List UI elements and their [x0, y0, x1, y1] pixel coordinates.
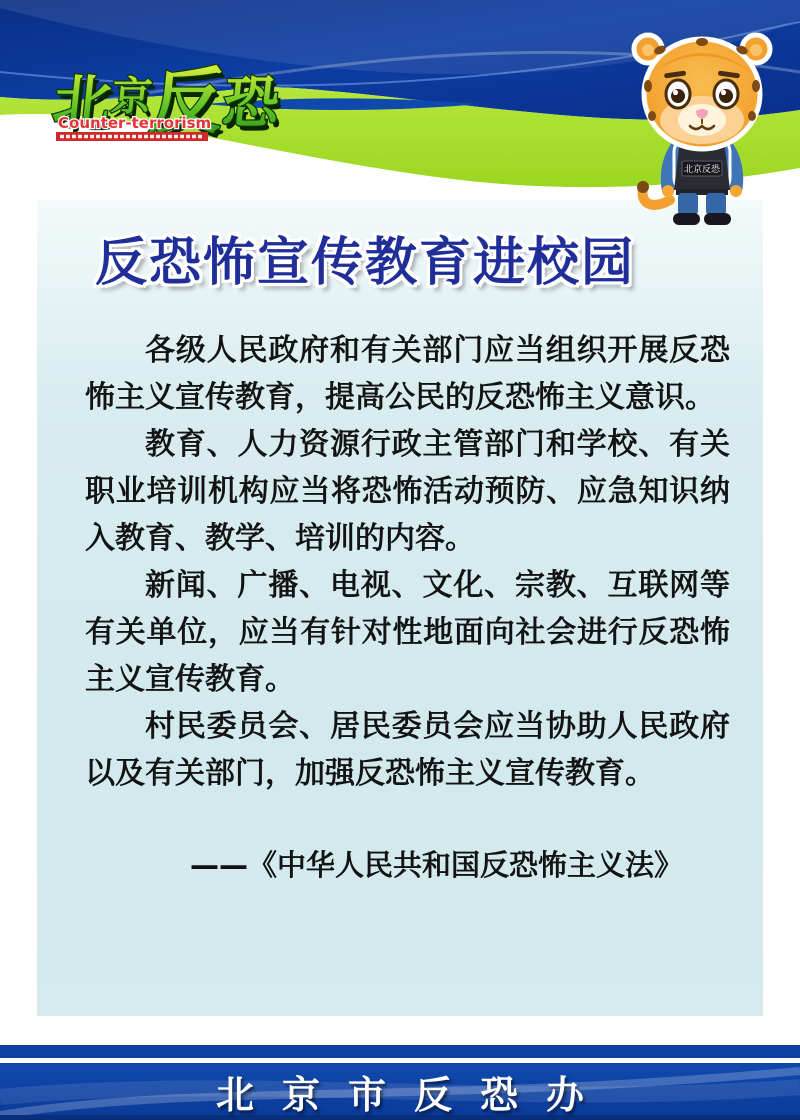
footer-office-label: 北京市反恐办 [0, 1063, 800, 1120]
footer-top-strip [0, 1045, 800, 1058]
mascot-vest-label: 北京反恐 [684, 163, 721, 175]
paragraph-4: 村民委员会、居民委员会应当协助人民政府以及有关部门，加强反恐怖主义宣传教育。 [85, 703, 730, 797]
logo-tagline: Counter-terrorism [58, 114, 211, 132]
logo-micro-text-strip [56, 132, 208, 141]
mascot-pant-right [706, 193, 726, 215]
footer-bar: 北京市反恐办 [0, 1045, 800, 1120]
mascot-hand-right [730, 185, 742, 197]
content-panel: 反恐怖宣传教育进校园 各级人民政府和有关部门应当组织开展反恐怖主义宣传教育，提高… [37, 120, 763, 1016]
mascot-eye-left [666, 80, 690, 108]
mascot-tail-tip [637, 181, 649, 193]
mascot-pant-left [678, 193, 698, 215]
paragraph-3: 新闻、广播、电视、文化、宗教、互联网等有关单位，应当有针对性地面向社会进行反恐怖… [85, 562, 730, 703]
paragraph-1: 各级人民政府和有关部门应当组织开展反恐怖主义宣传教育，提高公民的反恐怖主义意识。 [85, 327, 730, 421]
paragraph-2: 教育、人力资源行政主管部门和学校、有关职业培训机构应当将恐怖活动预防、应急知识纳… [85, 421, 730, 562]
mascot-ear-left-inner [642, 44, 654, 56]
mascot-hand-left [662, 185, 674, 197]
mascot-boot-left [673, 213, 700, 225]
mascot-boot-right [704, 213, 731, 225]
body-text: 各级人民政府和有关部门应当组织开展反恐怖主义宣传教育，提高公民的反恐怖主义意识。… [85, 327, 730, 797]
source-attribution: ——《中华人民共和国反恐怖主义法》 [37, 843, 763, 884]
mascot-eye-right [714, 80, 738, 108]
leopard-mascot: 北京反恐 [616, 30, 788, 228]
mascot-ear-right-inner [750, 44, 762, 56]
beijing-counterterrorism-logo: 北京反恐 北京反恐 Counter-terrorism [46, 36, 286, 154]
